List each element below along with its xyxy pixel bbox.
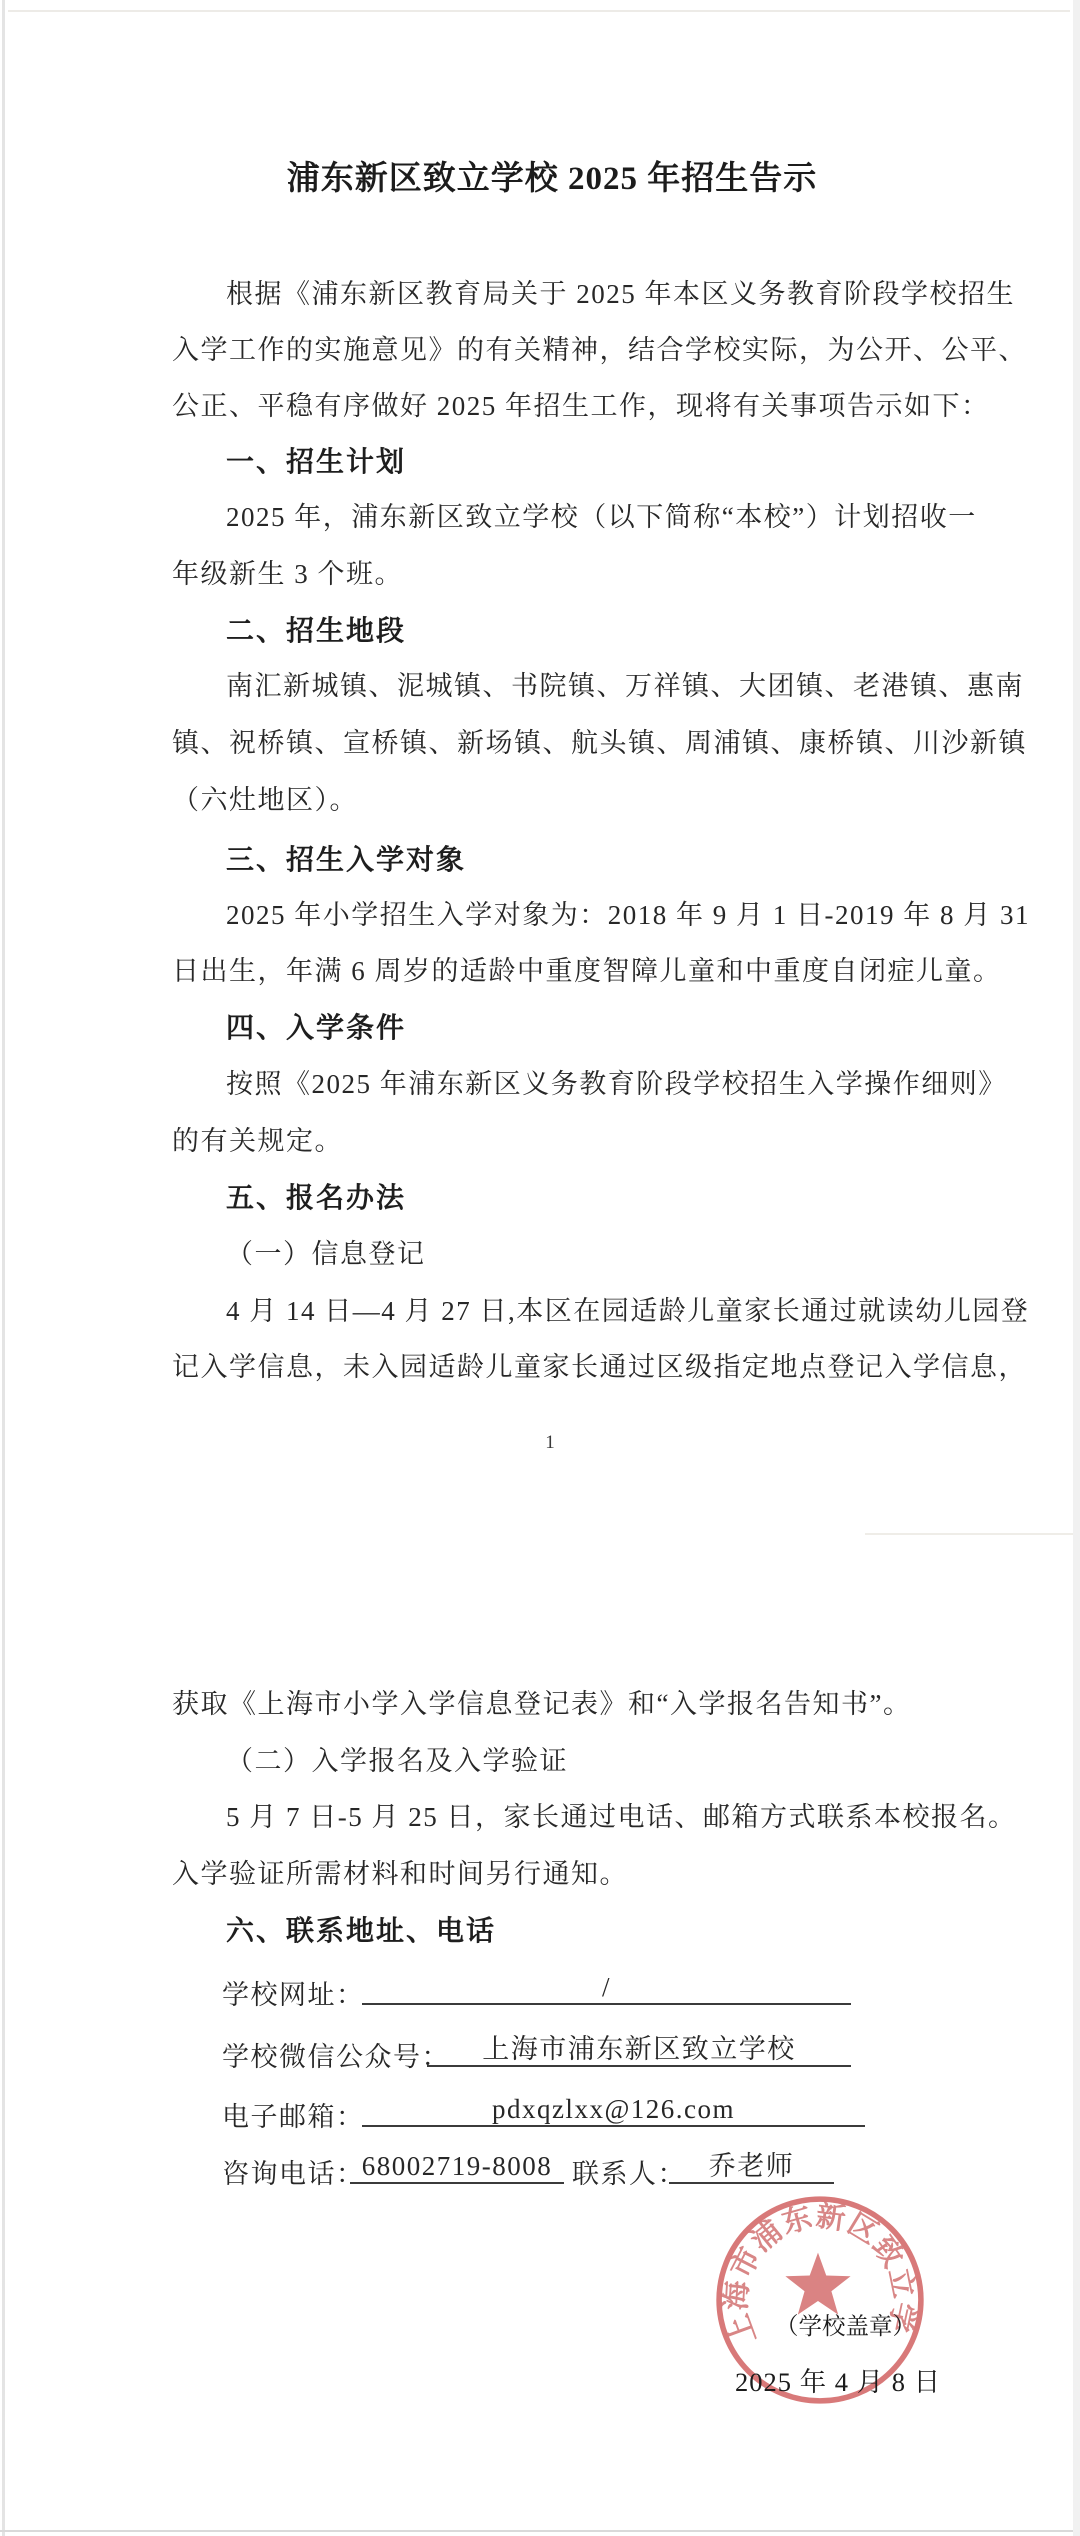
doc-line: 5 月 7 日-5 月 25 日，家长通过电话、邮箱方式联系本校报名。 — [226, 1803, 1017, 1833]
doc-line: 公正、平稳有序做好 2025 年招生工作，现将有关事项告示如下： — [172, 392, 990, 422]
section-heading-6: 六、联系地址、电话 — [226, 1916, 496, 1947]
doc-line: 按照《2025 年浦东新区义务教育阶段学校招生入学操作细则》 — [226, 1070, 1007, 1100]
email-value-underline: pdxqzlxx@126.com — [362, 2094, 865, 2127]
star-icon — [785, 2253, 850, 2315]
doc-line: 记入学信息，未入园适龄儿童家长通过区级指定地点登记入学信息， — [172, 1353, 1027, 1383]
website-label: 学校网址： — [222, 1973, 365, 2012]
doc-line: 获取《上海市小学入学信息登记表》和“入学报名告知书”。 — [172, 1690, 911, 1720]
doc-line: （六灶地区）。 — [172, 786, 358, 816]
scanned-document: 浦东新区致立学校 2025 年招生告示 /* title bound below… — [0, 0, 1080, 2536]
seal-caption: （学校盖章） — [775, 2307, 916, 2341]
doc-line: 年级新生 3 个班。 — [172, 560, 403, 590]
doc-line: 入学工作的实施意见》的有关精神，结合学校实际，为公开、公平、 — [172, 336, 1027, 366]
scan-edge-bottom — [0, 2530, 1080, 2532]
email-label: 电子邮箱： — [222, 2095, 365, 2134]
doc-line: 入学验证所需材料和时间另行通知。 — [172, 1860, 628, 1890]
doc-line: （二）入学报名及入学验证 — [226, 1747, 568, 1777]
phone-label: 咨询电话： — [222, 2152, 365, 2191]
section-heading-1: 一、招生计划 — [226, 447, 406, 478]
section-heading-5: 五、报名办法 — [226, 1183, 406, 1214]
section-heading-2: 二、招生地段 — [226, 616, 406, 647]
website-value-underline: / — [362, 1972, 851, 2005]
scan-edge-top — [8, 10, 1070, 12]
doc-line: 镇、祝桥镇、宣桥镇、新场镇、航头镇、周浦镇、康桥镇、川沙新镇 — [172, 729, 1027, 759]
doc-line: 南汇新城镇、泥城镇、书院镇、万祥镇、大团镇、老港镇、惠南 — [226, 672, 1024, 702]
wechat-label: 学校微信公众号： — [222, 2035, 450, 2074]
doc-line: 根据《浦东新区教育局关于 2025 年本区义务教育阶段学校招生 — [226, 280, 1015, 310]
section-heading-4: 四、入学条件 — [226, 1013, 406, 1044]
scan-edge-left — [2, 0, 5, 2536]
scan-edge-right — [1073, 0, 1080, 2536]
wechat-value-underline: 上海市浦东新区致立学校 — [427, 2034, 851, 2067]
page-number: 1 — [10, 1432, 1080, 1454]
doc-date: 2025 年 4 月 8 日 — [735, 2360, 941, 2399]
contact-person-underline: 乔老师 — [669, 2151, 834, 2184]
doc-line: （一）信息登记 — [226, 1240, 426, 1270]
phone-value-underline: 68002719-8008 — [350, 2151, 564, 2184]
doc-line: 4 月 14 日—4 月 27 日,本区在园适龄儿童家长通过就读幼儿园登 — [226, 1297, 1029, 1327]
doc-line: 2025 年小学招生入学对象为：2018 年 9 月 1 日-2019 年 8 … — [226, 901, 1030, 931]
section-heading-3: 三、招生入学对象 — [226, 845, 466, 876]
doc-line: 日出生，年满 6 周岁的适龄中重度智障儿童和中重度自闭症儿童。 — [172, 957, 1002, 987]
doc-title: 浦东新区致立学校 2025 年招生告示 — [12, 152, 1080, 199]
doc-line: 2025 年，浦东新区致立学校（以下简称“本校”）计划招收一 — [226, 503, 977, 533]
doc-line: 的有关规定。 — [172, 1127, 343, 1157]
scan-artifact-line — [865, 1533, 1073, 1535]
